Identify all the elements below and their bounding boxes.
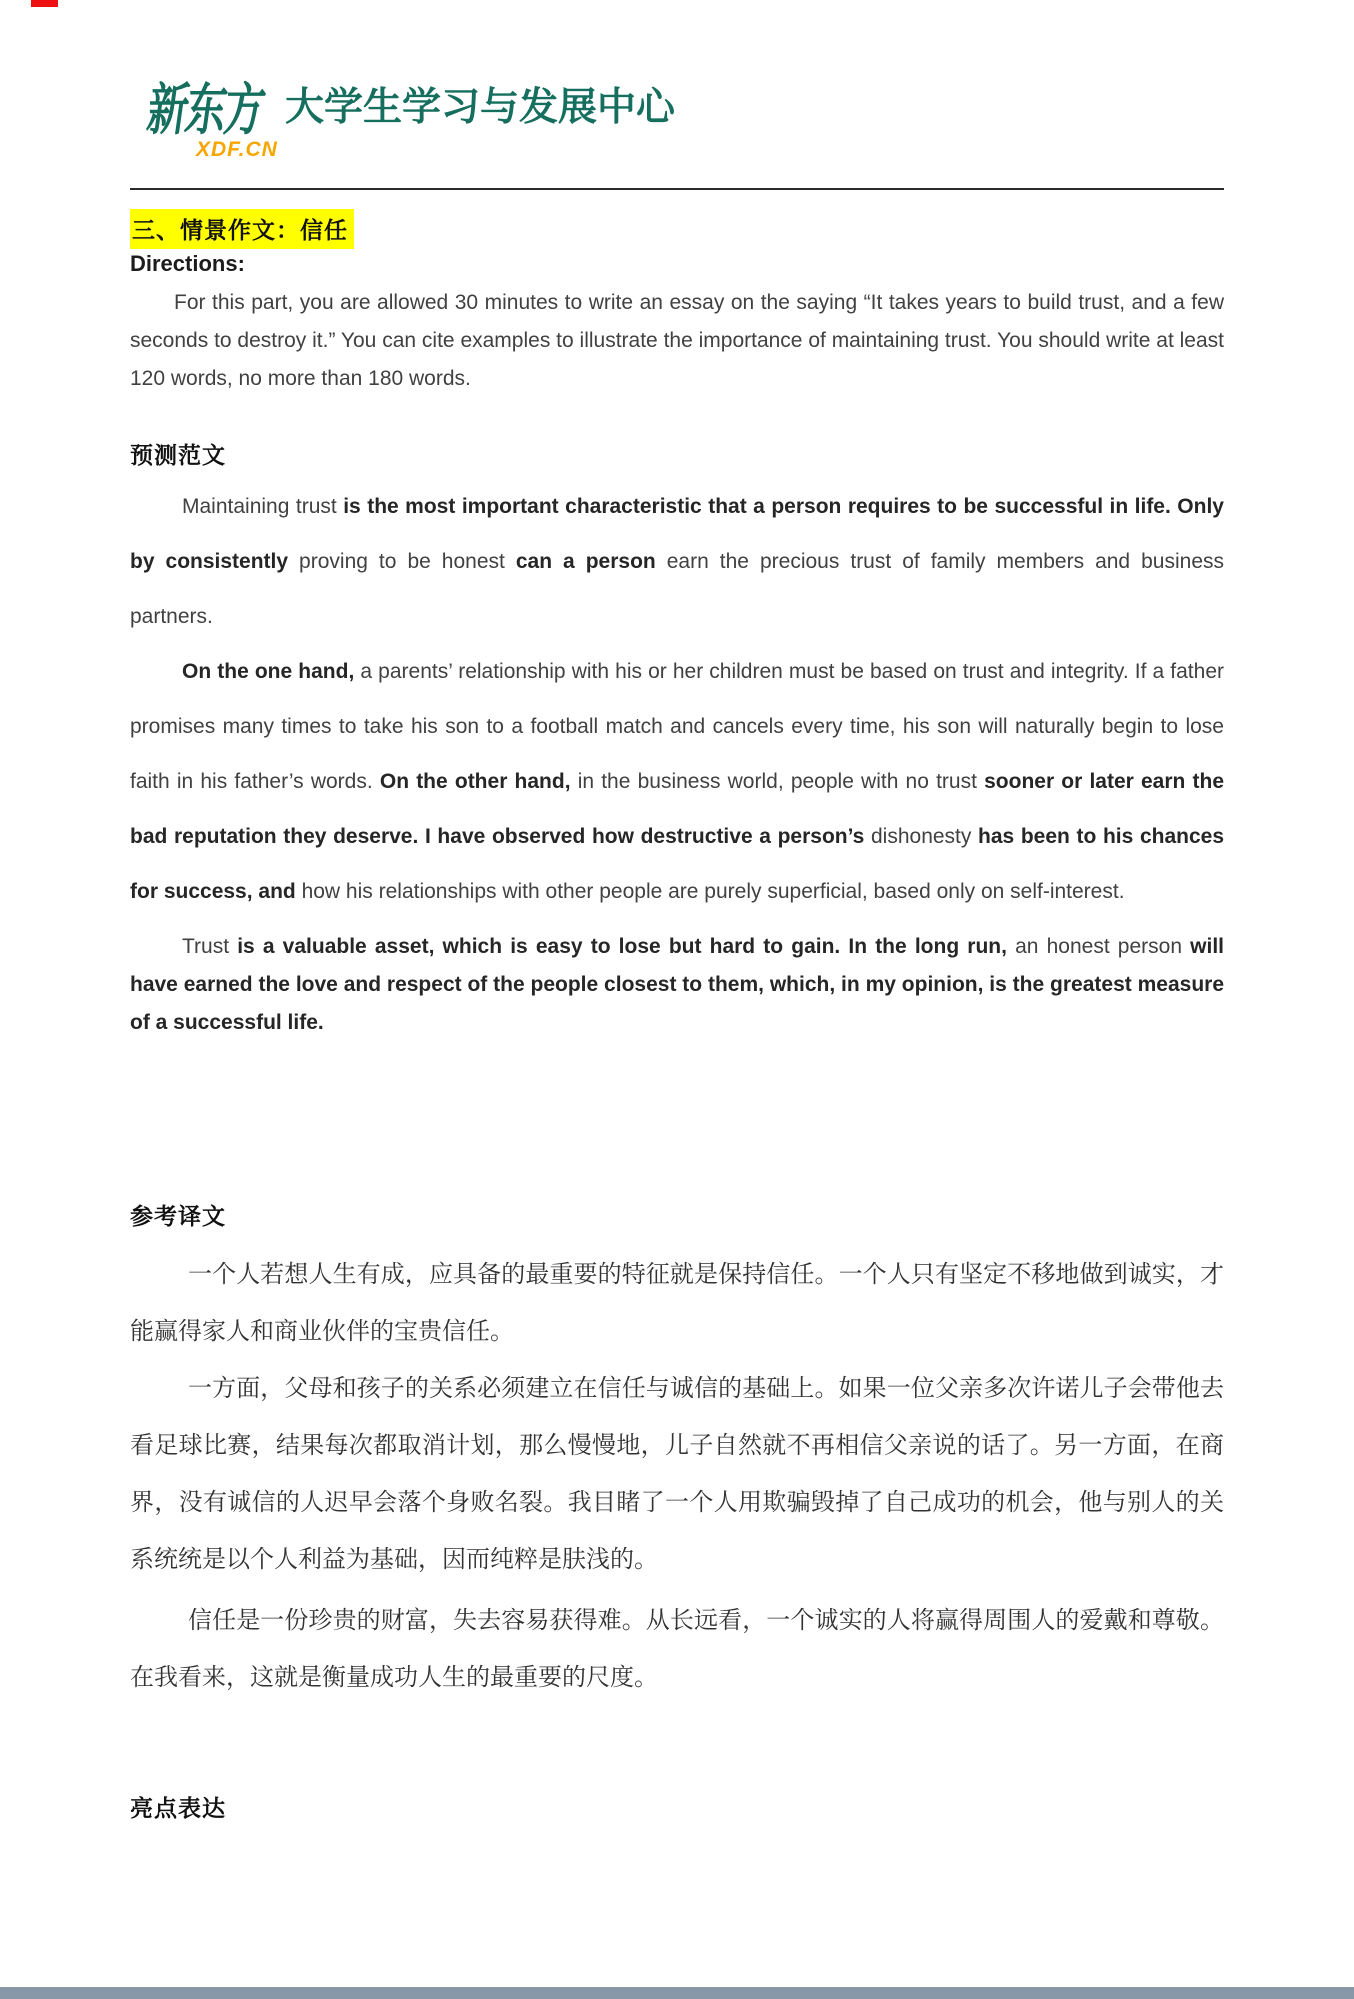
directions-label: Directions: <box>130 251 1224 277</box>
header: 新东方 XDF.CN 大学生学习与发展中心 <box>130 68 1224 178</box>
sample-essay-heading: 预测范文 <box>130 437 1224 470</box>
document-page: 新东方 XDF.CN 大学生学习与发展中心 三、情景作文：信任 Directio… <box>0 0 1354 1999</box>
translation-paragraph: 一个人若想人生有成，应具备的最重要的特征就是保持信任。一个人只有坚定不移地做到诚… <box>130 1246 1224 1360</box>
translation-heading: 参考译文 <box>130 1198 1224 1231</box>
directions-paragraph: For this part, you are allowed 30 minute… <box>130 284 1224 398</box>
sample-essay-body: Maintaining trust is the most important … <box>130 479 1224 1042</box>
header-divider <box>130 188 1224 190</box>
xdf-logo-domain: XDF.CN <box>196 138 278 162</box>
essay-paragraph: On the one hand, a parents’ relationship… <box>130 644 1224 919</box>
essay-paragraph: Trust is a valuable asset, which is easy… <box>130 928 1224 1042</box>
section-title-highlight: 三、情景作文：信任 <box>130 209 354 249</box>
xdf-logo-wordmark: 新东方 <box>144 82 260 138</box>
highlights-heading: 亮点表达 <box>130 1790 1224 1823</box>
header-title: 大学生学习与发展中心 <box>285 76 675 132</box>
section-title: 三、情景作文：信任 <box>130 209 1224 249</box>
page-footer-bar <box>0 1987 1354 1999</box>
essay-paragraph: Maintaining trust is the most important … <box>130 479 1224 644</box>
page-corner-mark <box>31 0 58 7</box>
xdf-logo: 新东方 XDF.CN <box>152 82 302 178</box>
translation-paragraph: 信任是一份珍贵的财富，失去容易获得难。从长远看，一个诚实的人将赢得周围人的爱戴和… <box>130 1592 1224 1706</box>
translation-paragraph: 一方面，父母和孩子的关系必须建立在信任与诚信的基础上。如果一位父亲多次许诺儿子会… <box>130 1360 1224 1588</box>
